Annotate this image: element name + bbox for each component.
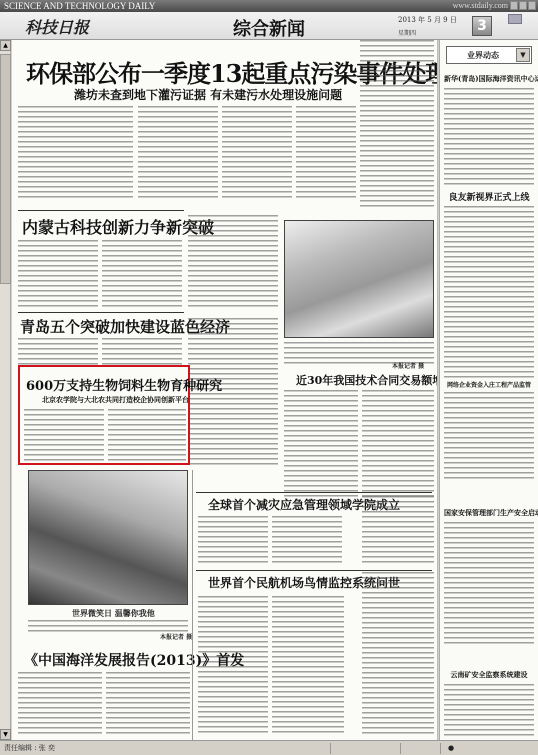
article-body	[272, 516, 342, 566]
category-dropdown[interactable]: 业界动态 ▼	[446, 46, 532, 64]
column-divider	[192, 470, 193, 740]
editor-label: 责任编辑 : 张 奕	[4, 744, 55, 752]
article-body	[296, 106, 356, 201]
article-body	[102, 338, 182, 366]
newspaper-header: 科技日报 综合新闻 2013 年 5 月 9 日 星期四 3	[0, 12, 538, 40]
highlighted-article[interactable]: 600万支持生物饲料生物育种研究 北京农学院与大北农共同打造校企协同创新平台	[18, 365, 190, 465]
globe-icon: ●	[448, 741, 454, 755]
sidebar-headline[interactable]: 国家安保管理部门生产安全启动	[444, 508, 534, 518]
minimize-icon[interactable]	[510, 1, 518, 10]
soldiers-photo	[28, 470, 188, 605]
article-body	[362, 572, 434, 736]
article-body	[444, 392, 534, 482]
article-body	[222, 106, 292, 201]
divider	[18, 312, 184, 313]
sidebar-headline[interactable]: 新华(青岛)国际海洋资讯中心运营	[444, 74, 534, 84]
status-separator	[330, 743, 331, 754]
article-body	[24, 409, 104, 461]
sidebar-headline[interactable]: 网络企业资金入庄工程产品监管	[444, 380, 534, 389]
scroll-thumb[interactable]	[0, 54, 11, 284]
article-body	[444, 88, 534, 188]
dropdown-label: 业界动态	[467, 50, 499, 60]
close-icon[interactable]	[528, 1, 536, 10]
window-title: SCIENCE AND TECHNOLOGY DAILY	[4, 1, 155, 11]
article-body	[18, 672, 102, 736]
photo-credit: 本报记者 摄	[160, 632, 192, 641]
issue-date: 2013 年 5 月 9 日	[398, 15, 457, 25]
page-select-button[interactable]	[508, 14, 522, 24]
window-title-bar: SCIENCE AND TECHNOLOGY DAILY www.stdaily…	[0, 0, 538, 12]
article-body	[284, 390, 358, 500]
article-body	[138, 106, 218, 201]
newspaper-page: 环保部公布一季度13起重点污染事件处理情况 潍坊未查到地下灌污证据 有未建污水处…	[12, 40, 438, 740]
innermongolia-headline[interactable]: 内蒙古科技创新力争新突破	[22, 215, 214, 238]
chevron-down-icon[interactable]: ▼	[516, 48, 530, 62]
article-body	[444, 206, 534, 378]
status-bar: 责任编辑 : 张 奕 ●	[0, 740, 538, 755]
article-body	[18, 338, 98, 366]
section-title: 综合新闻	[0, 15, 538, 41]
lead-subheadline: 潍坊未查到地下灌污证据 有未建污水处理设施问题	[74, 86, 342, 103]
divider	[196, 570, 432, 571]
article-body	[18, 240, 98, 310]
photo-credit: 本报记者 摄	[392, 361, 424, 370]
sidebar: 业界动态 ▼ 新华(青岛)国际海洋资讯中心运营 良友新视界正式上线 网络企业资金…	[439, 40, 538, 740]
maximize-icon[interactable]	[519, 1, 527, 10]
scroll-down-icon[interactable]: ▼	[0, 729, 11, 740]
page-number-badge: 3	[472, 16, 492, 36]
window-controls	[510, 1, 536, 10]
photo-caption-title: 世界微笑日 温馨你我他	[72, 608, 155, 619]
article-body	[108, 409, 186, 461]
article-body	[18, 106, 133, 201]
techcontracts-headline[interactable]: 近30年我国技术合同交易额增长900多倍	[296, 372, 438, 388]
sidebar-headline[interactable]: 云南矿安全监察系统建设	[444, 670, 534, 680]
divider	[196, 492, 432, 493]
sidebar-headline[interactable]: 良友新视界正式上线	[444, 190, 534, 203]
article-body	[272, 596, 344, 736]
divider	[18, 210, 184, 211]
biofeed-headline[interactable]: 600万支持生物饲料生物育种研究	[26, 375, 222, 394]
status-separator	[440, 743, 441, 754]
scroll-up-icon[interactable]: ▲	[0, 40, 11, 51]
status-separator	[400, 743, 401, 754]
article-body	[102, 240, 182, 310]
article-body	[188, 215, 278, 310]
vertical-scrollbar[interactable]: ▲ ▼	[0, 40, 11, 740]
oceanreport-headline[interactable]: 《中国海洋发展报告(2013)》首发	[24, 650, 244, 670]
exhibition-photo	[284, 220, 434, 338]
article-body	[362, 390, 434, 500]
article-body	[444, 684, 534, 736]
article-body	[198, 516, 268, 566]
article-body	[362, 496, 434, 566]
article-body	[106, 672, 190, 736]
article-body	[444, 522, 534, 644]
weekday: 星期四	[398, 28, 416, 37]
biofeed-subheadline: 北京农学院与大北农共同打造校企协同创新平台	[42, 395, 189, 405]
site-url[interactable]: www.stdaily.com	[453, 0, 508, 12]
article-body	[360, 40, 434, 210]
